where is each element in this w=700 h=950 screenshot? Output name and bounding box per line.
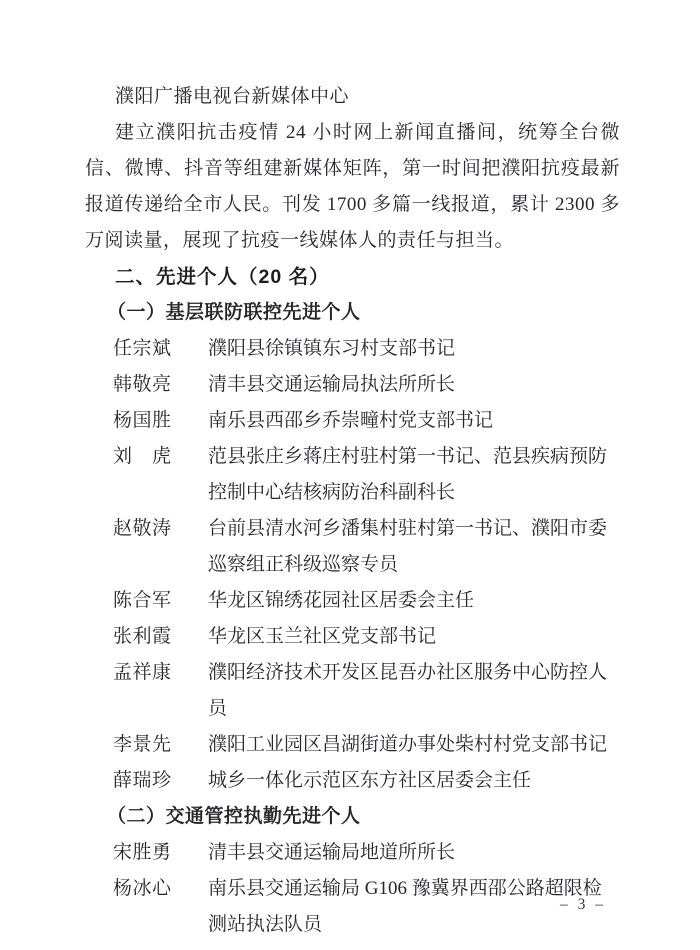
- person-title: 华龙区玉兰社区党支部书记: [208, 619, 620, 655]
- person-title: 濮阳经济技术开发区昆吾办社区服务中心防控人员: [208, 655, 620, 727]
- person-name: 杨国胜: [113, 403, 208, 439]
- page-number: – 3 –: [560, 896, 606, 914]
- person-name: 任宗斌: [113, 331, 208, 367]
- person-row: 孟祥康 濮阳经济技术开发区昆吾办社区服务中心防控人员: [85, 655, 620, 727]
- person-row: 赵敬涛 台前县清水河乡潘集村驻村第一书记、濮阳市委巡察组正科级巡察专员: [85, 511, 620, 583]
- subsection-heading-traffic-control: （二）交通管控执勤先进个人: [85, 799, 620, 835]
- person-row: 薛瑞珍 城乡一体化示范区东方社区居委会主任: [85, 763, 620, 799]
- person-title: 台前县清水河乡潘集村驻村第一书记、濮阳市委巡察组正科级巡察专员: [208, 511, 620, 583]
- person-name: 张利霞: [113, 619, 208, 655]
- person-title: 濮阳县徐镇镇东习村支部书记: [208, 331, 620, 367]
- intro-paragraph: 建立濮阳抗击疫情 24 小时网上新闻直播间，统筹全台微信、微博、抖音等组建新媒体…: [85, 115, 620, 259]
- person-row: 张利霞 华龙区玉兰社区党支部书记: [85, 619, 620, 655]
- person-row: 杨冰心 南乐县交通运输局 G106 豫冀界西邵公路超限检测站执法队员: [85, 871, 620, 943]
- person-title: 南乐县西邵乡乔崇疃村党支部书记: [208, 403, 620, 439]
- person-name: 刘 虎: [113, 439, 208, 475]
- person-name: 李景先: [113, 727, 208, 763]
- person-title: 华龙区锦绣花园社区居委会主任: [208, 583, 620, 619]
- section-heading-advanced-individuals: 二、先进个人（20 名）: [85, 259, 620, 295]
- person-row: 刘 虎 范县张庄乡蒋庄村驻村第一书记、范县疾病预防控制中心结核病防治科副科长: [85, 439, 620, 511]
- person-name: 杨冰心: [113, 871, 208, 907]
- person-name: 韩敬亮: [113, 367, 208, 403]
- org-name-line: 濮阳广播电视台新媒体中心: [85, 79, 620, 115]
- person-row: 韩敬亮 清丰县交通运输局执法所所长: [85, 367, 620, 403]
- person-name: 赵敬涛: [113, 511, 208, 547]
- person-title: 范县张庄乡蒋庄村驻村第一书记、范县疾病预防控制中心结核病防治科副科长: [208, 439, 620, 511]
- document-page: 濮阳广播电视台新媒体中心 建立濮阳抗击疫情 24 小时网上新闻直播间，统筹全台微…: [0, 0, 700, 950]
- person-row: 陈合军 华龙区锦绣花园社区居委会主任: [85, 583, 620, 619]
- document-content: 濮阳广播电视台新媒体中心 建立濮阳抗击疫情 24 小时网上新闻直播间，统筹全台微…: [85, 0, 620, 943]
- person-row: 杨国胜 南乐县西邵乡乔崇疃村党支部书记: [85, 403, 620, 439]
- person-name: 陈合军: [113, 583, 208, 619]
- person-row: 李景先 濮阳工业园区昌湖街道办事处柴村村党支部书记: [85, 727, 620, 763]
- person-title: 清丰县交通运输局执法所所长: [208, 367, 620, 403]
- person-row: 任宗斌 濮阳县徐镇镇东习村支部书记: [85, 331, 620, 367]
- person-title: 濮阳工业园区昌湖街道办事处柴村村党支部书记: [208, 727, 620, 763]
- person-title: 城乡一体化示范区东方社区居委会主任: [208, 763, 620, 799]
- person-name: 宋胜勇: [113, 835, 208, 871]
- person-name: 薛瑞珍: [113, 763, 208, 799]
- person-title: 南乐县交通运输局 G106 豫冀界西邵公路超限检测站执法队员: [208, 871, 620, 943]
- subsection-heading-grassroots-prevention: （一）基层联防联控先进个人: [85, 295, 620, 331]
- person-row: 宋胜勇 清丰县交通运输局地道所所长: [85, 835, 620, 871]
- person-title: 清丰县交通运输局地道所所长: [208, 835, 620, 871]
- person-name: 孟祥康: [113, 655, 208, 691]
